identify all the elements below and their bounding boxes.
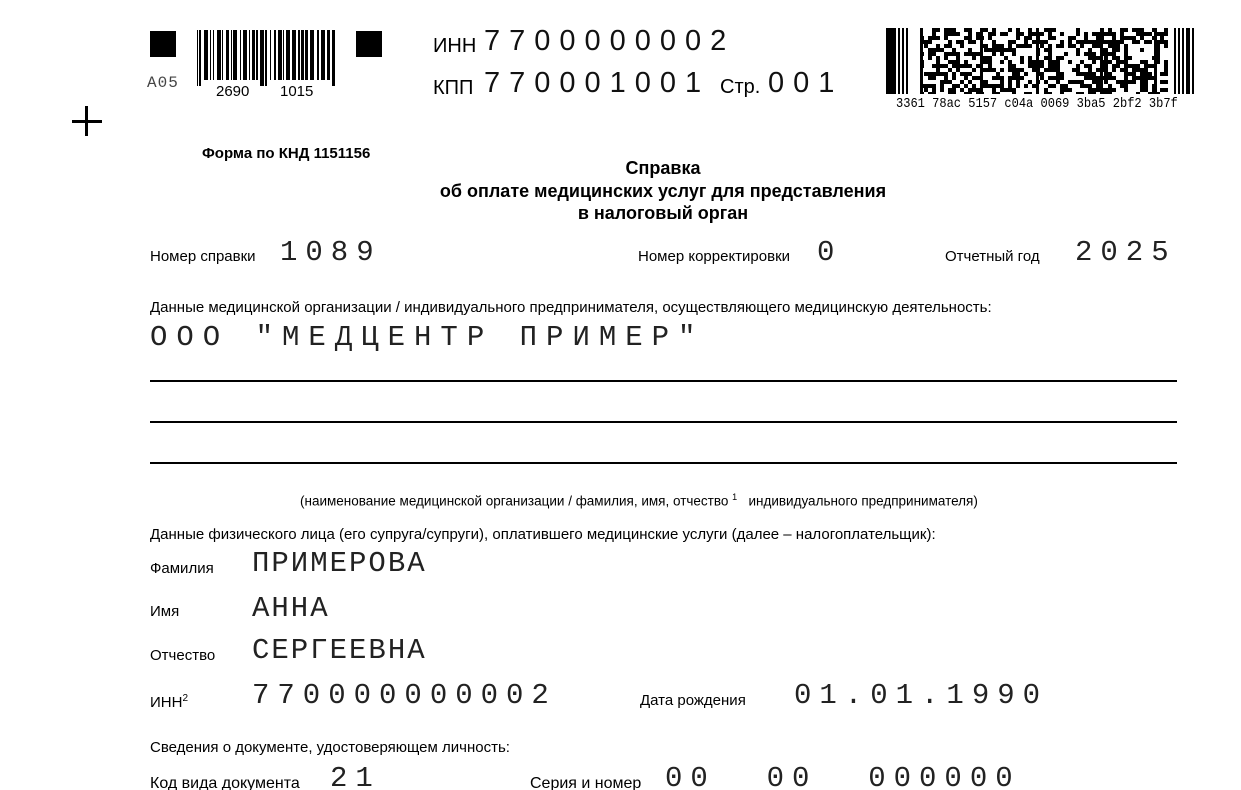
doc-type-label: Код вида документа	[150, 775, 300, 790]
barcode-number-1: 2690	[216, 83, 249, 100]
organization-caption: (наименование медицинской организации / …	[300, 492, 978, 509]
inn-label: ИНН	[433, 35, 476, 58]
organization-line-2	[150, 421, 1177, 423]
identity-document-section-label: Сведения о документе, удостоверяющем лич…	[150, 739, 510, 756]
page-title: Справка об оплате медицинских услуг для …	[380, 157, 946, 225]
birth-date-value: 01.01.1990	[794, 679, 1048, 712]
patronymic-label: Отчество	[150, 647, 215, 664]
organization-line-1	[150, 380, 1177, 382]
form-code: A05	[147, 74, 179, 92]
kpp-label: КПП	[433, 77, 473, 100]
organization-name: ООО "МЕДЦЕНТР ПРИМЕР"	[150, 321, 704, 354]
barcode-icon	[197, 30, 337, 86]
patronymic-value: СЕРГЕЕВНА	[252, 634, 427, 667]
taxpayer-inn-label: ИНН2	[150, 693, 188, 711]
2d-barcode-text: 3361 78ac 5157 c04a 0069 3ba5 2bf2 3b7f	[896, 96, 1178, 112]
organization-section-label: Данные медицинской организации / индивид…	[150, 299, 992, 316]
correction-number-label: Номер корректировки	[638, 248, 790, 265]
series-number-label: Серия и номер	[530, 775, 641, 790]
name-value: АННА	[252, 592, 330, 625]
kpp-value: 770001001	[484, 67, 710, 100]
2d-barcode-icon	[886, 28, 1194, 94]
form-knd-code: Форма по КНД 1151156	[202, 145, 370, 162]
barcode-number-2: 1015	[280, 83, 313, 100]
certificate-number-value: 1089	[280, 236, 382, 269]
birth-date-label: Дата рождения	[640, 692, 746, 709]
title-line-1: Справка	[380, 157, 946, 180]
surname-value: ПРИМЕРОВА	[252, 547, 427, 580]
title-line-3: в налоговый орган	[380, 202, 946, 225]
series-number-value: 00 00 000000	[665, 762, 1021, 790]
taxpayer-inn-value: 770000000002	[252, 679, 557, 712]
report-year-value: 2025	[1075, 236, 1177, 269]
doc-type-value: 21	[330, 762, 381, 790]
report-year-label: Отчетный год	[945, 248, 1040, 265]
taxpayer-section-label: Данные физического лица (его супруга/суп…	[150, 526, 936, 543]
organization-line-3	[150, 462, 1177, 464]
page-value: 001	[768, 67, 843, 100]
inn-value: 7700000002	[484, 25, 735, 58]
corner-marker-left	[150, 31, 176, 57]
surname-label: Фамилия	[150, 560, 214, 577]
corner-marker-right	[356, 31, 382, 57]
correction-number-value: 0	[817, 236, 842, 269]
certificate-number-label: Номер справки	[150, 248, 256, 265]
page-label: Стр.	[720, 76, 760, 99]
title-line-2: об оплате медицинских услуг для представ…	[380, 180, 946, 203]
name-label: Имя	[150, 603, 179, 620]
